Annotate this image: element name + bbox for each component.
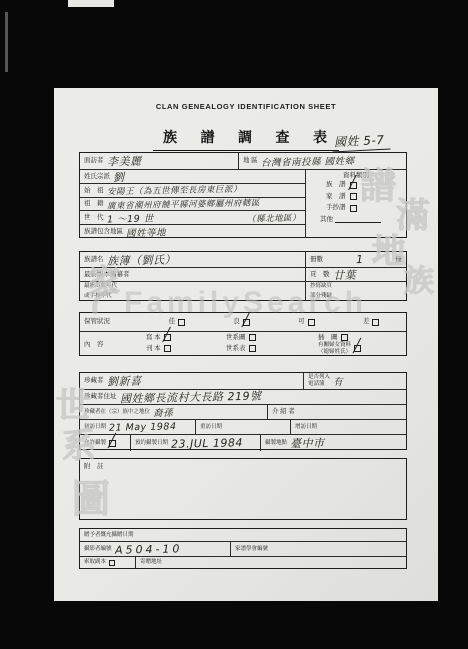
condition-excellent-label: 佳 xyxy=(169,318,176,325)
keeper-label: 珍藏者 xyxy=(84,377,104,384)
first-ancestor-value: 安陽王（為五世傳至長房東巨派） xyxy=(106,183,241,198)
interviewer-value: 李美麗 xyxy=(106,153,141,170)
genealogy-title-value: 族簿（劉氏） xyxy=(106,251,175,268)
content-women-data-label: 有關婦女資料 xyxy=(318,342,351,349)
missing-pages-label-line1: 抄寫缺頁 xyxy=(310,283,332,290)
condition-good-checkbox xyxy=(243,319,250,326)
surname-value: 劉 xyxy=(113,168,125,184)
content-printed-label: 刊 本 xyxy=(146,345,161,352)
section-filing: 贈予者慨允攝贈日期 攝影者編號 A504-10 家譜學會編號 索取副本 xyxy=(79,528,407,569)
content-manuscript-checkbox xyxy=(164,334,171,341)
category-family-genealogy-label: 家 譜 xyxy=(326,193,346,200)
revisit-label: 重訪日期 xyxy=(200,424,222,431)
category-other-blank xyxy=(335,216,381,223)
content-lineage-table-label: 世系表 xyxy=(226,345,246,352)
scanned-page: FamilySearch 譜 滿 地 族 家 世 系 圖 CLAN GENEAL… xyxy=(0,0,468,649)
additional-visit-label: 增訪日期 xyxy=(295,424,317,431)
filming-permission-label: 允許攝製 xyxy=(84,440,106,447)
section-identification: 面訪者 李美麗 地 區 台灣省南投縣 國姓鄉 姓氏宗派 劉 始 祖 安陽王（為 xyxy=(79,152,407,238)
condition-poor-checkbox xyxy=(372,319,379,326)
mailing-address-label: 寄贈地址 xyxy=(140,559,162,566)
genealogy-title-label: 族譜名 xyxy=(84,256,104,263)
photographer-number-value: A504-10 xyxy=(114,542,182,556)
category-other-label: 其他 xyxy=(320,216,333,223)
keeper-address-value: 國姓鄉長流村大長路 219號 xyxy=(119,388,261,407)
generations-note: （縣北地區） xyxy=(247,211,301,224)
content-lineage-chart-checkbox xyxy=(249,334,256,341)
society-number-label: 家譜學會編號 xyxy=(235,546,268,553)
page-count-value: 廿葉 xyxy=(332,266,355,282)
condition-fair-checkbox xyxy=(308,319,315,326)
content-women-data-checkbox xyxy=(354,345,361,352)
interviewer-label: 面訪者 xyxy=(84,157,104,164)
content-women-data-sublabel: （媳婦姓氏） xyxy=(318,349,351,356)
condition-poor-label: 差 xyxy=(363,318,370,325)
coverage-area-value: 國姓等地 xyxy=(126,224,166,239)
content-lineage-chart-label: 世系圖 xyxy=(226,334,246,341)
publication-year-label-line1: 最新出版年代 xyxy=(84,283,117,290)
seal-watermark: 族 xyxy=(404,256,434,300)
area-label: 地 區 xyxy=(243,157,258,164)
introducer-label: 介 紹 者 xyxy=(272,408,295,415)
condition-label: 保管狀況 xyxy=(84,318,110,325)
volume-count-label: 冊數 xyxy=(310,256,323,263)
request-copy-checkbox xyxy=(109,560,115,566)
section-condition-content: 保管狀況 佳 良 可 差 xyxy=(79,312,407,356)
content-printed-checkbox xyxy=(164,345,171,352)
keeper-position-value: 裔孫 xyxy=(153,405,173,419)
category-clan-genealogy-checkbox xyxy=(350,182,357,189)
keeper-position-label: 珍藏者在（宗）族中之地位 xyxy=(84,409,150,416)
area-value: 台灣省南投縣 國姓鄉 xyxy=(260,153,354,169)
category-family-genealogy-checkbox xyxy=(350,193,357,200)
condition-good-label: 良 xyxy=(233,318,240,325)
keeper-value: 劉新喜 xyxy=(106,373,141,390)
donation-date-label: 贈予者慨允攝贈日期 xyxy=(84,532,134,539)
section-keeper: 珍藏者 劉新喜 是否列入 電話簿 有 珍藏者住址 國姓鄉長流村大長路 219號 xyxy=(79,372,407,450)
photographer-number-label: 攝影者編號 xyxy=(84,546,112,553)
first-ancestor-label: 始 祖 xyxy=(84,187,104,194)
condition-fair-label: 可 xyxy=(298,318,305,325)
publication-year-label-line2: 或手抄年代 xyxy=(84,293,112,300)
notes-label: 附 註 xyxy=(84,463,104,470)
section-notes: 附 註 xyxy=(79,458,407,520)
phonebook-label-line2: 電話簿 xyxy=(308,381,325,388)
surname-label: 姓氏宗派 xyxy=(84,173,110,180)
missing-pages-label-line2: 部分殘缺 xyxy=(310,293,332,300)
content-label: 內 容 xyxy=(84,341,104,348)
coverage-area-label: 族譜包含地區 xyxy=(84,228,123,235)
page-count-label: 頁 數 xyxy=(310,271,330,278)
category-manuscript-label: 手抄譜 xyxy=(326,204,346,211)
request-copy-label: 索取副本 xyxy=(84,559,106,566)
scan-edge-sliver xyxy=(5,12,8,72)
category-manuscript-checkbox xyxy=(350,205,357,212)
generations-label: 世 代 xyxy=(84,214,104,221)
generations-value: 1 ～19 世 xyxy=(106,210,153,225)
condition-excellent-checkbox xyxy=(178,319,185,326)
filming-place-value: 臺中市 xyxy=(290,435,325,452)
first-visit-value: 21 May 1984 xyxy=(109,421,177,433)
section-volume-info: 族譜名 族簿（劉氏） 冊數 1 冊 最新版本編纂者 頁 數 廿葉 xyxy=(79,251,407,301)
volume-unit-label: 冊 xyxy=(396,256,403,263)
filming-place-label: 攝製地點 xyxy=(265,440,287,447)
ancestral-home-label: 祖 籍 xyxy=(84,200,104,207)
phonebook-value: 有 xyxy=(333,374,343,388)
filming-date-value: 23.JUL 1984 xyxy=(171,436,243,451)
compiler-label: 最新版本編纂者 xyxy=(84,271,130,278)
content-manuscript-label: 寫 本 xyxy=(146,334,161,341)
first-visit-label: 初訪日期 xyxy=(84,424,106,431)
content-illustrations-checkbox xyxy=(341,334,348,341)
scan-edge-notch xyxy=(68,0,114,7)
corner-reference-note: 國姓 5-7 xyxy=(332,130,391,152)
filming-permission-checkbox xyxy=(109,440,116,447)
category-clan-genealogy-label: 族 譜 xyxy=(326,181,346,188)
content-illustrations-label: 插 圖 xyxy=(318,334,338,341)
volume-count-value: 1 xyxy=(355,253,363,266)
phonebook-label-line1: 是否列入 xyxy=(308,374,330,381)
content-lineage-table-checkbox xyxy=(249,345,256,352)
keeper-address-label: 珍藏者住址 xyxy=(84,393,117,400)
form-english-title: CLAN GENEALOGY IDENTIFICATION SHEET xyxy=(54,102,438,111)
genealogy-survey-form: FamilySearch 譜 滿 地 族 家 世 系 圖 CLAN GENEAL… xyxy=(54,88,438,601)
filming-date-label: 預約攝製日期 xyxy=(135,440,168,447)
